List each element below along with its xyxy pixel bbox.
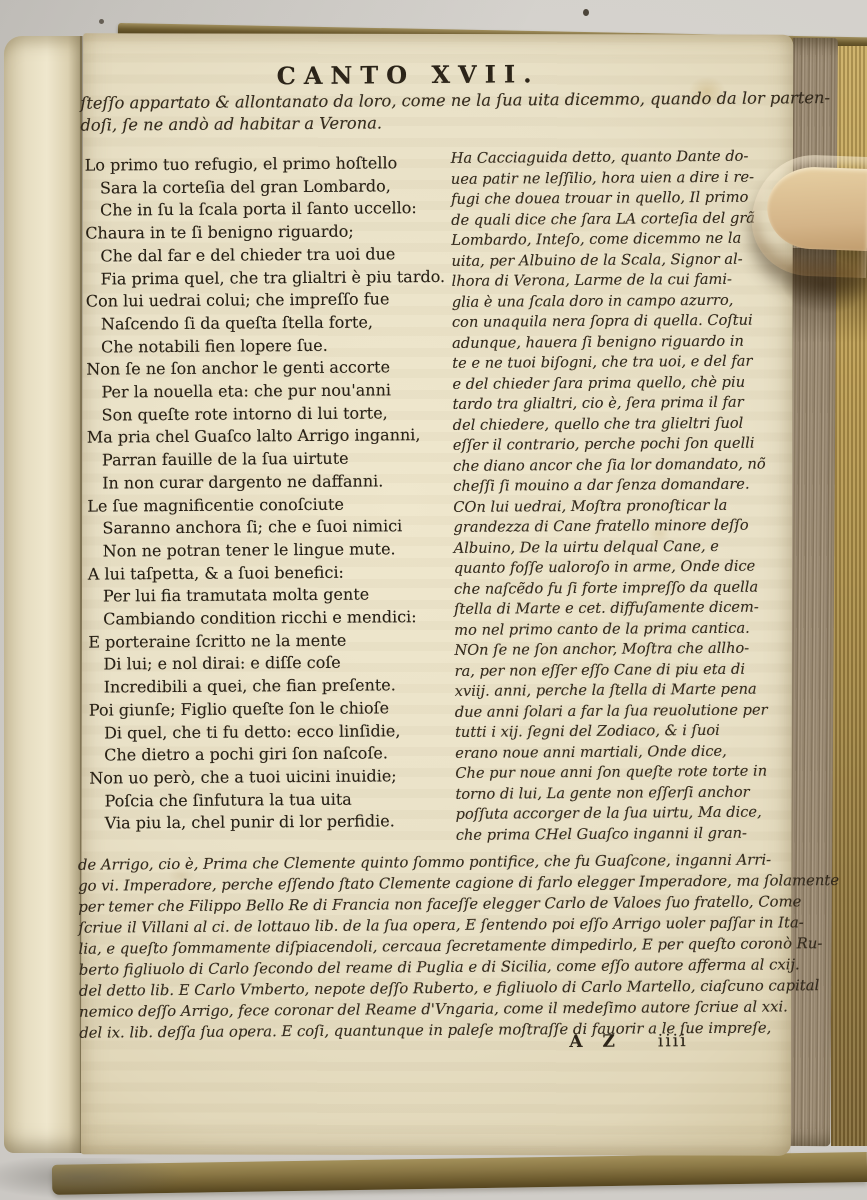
verse-line: Le ſue magnificentie conoſciute bbox=[87, 492, 459, 517]
commentary-line: con unaquila nera ſopra di quella. Coſtu… bbox=[452, 310, 786, 333]
quire-signature: A Ziiii bbox=[85, 1030, 801, 1055]
commentary-line: che prima CHel Guaſco inganni il gran- bbox=[456, 823, 790, 846]
verse-line: Ma pria chel Guaſco lalto Arrigo inganni… bbox=[87, 424, 459, 449]
commentary-line: cheſſi ſi mouino a dar ſenza domandare. bbox=[453, 474, 787, 497]
commentary-line: poſſuta accorger de la ſua uirtu, Ma dic… bbox=[456, 802, 790, 825]
commentary-line: uita, per Albuino de la Scala, Signor al… bbox=[451, 249, 785, 272]
verse-line: Poſcia che ſinfutura la tua uita bbox=[89, 788, 461, 813]
commentary-line: glia è una ſcala doro in campo azurro, bbox=[452, 290, 786, 313]
commentary-line: erano noue anni martiali, Onde dice, bbox=[455, 741, 789, 764]
commentary-line: che diano ancor che ſia lor domandato, n… bbox=[453, 454, 787, 477]
intro-line: doſi, ſe ne andò ad habitar a Verona. bbox=[80, 109, 774, 136]
verse-line: Via piu la, chel punir di lor perfidie. bbox=[90, 810, 462, 835]
commentary-line: mo nel primo canto de la prima cantica. bbox=[454, 618, 788, 641]
commentary-line: ſtella di Marte e cet. diffuſamente dice… bbox=[454, 597, 788, 620]
verse-line: Con lui uedrai colui; che impreſſo fue bbox=[86, 288, 458, 313]
verse-line: Incredibili a quei, che fian preſente. bbox=[89, 674, 461, 699]
verse-line: Chaura in te ſi benigno riguardo; bbox=[85, 220, 457, 245]
intro-paragraph: ſteſſo appartato & allontanato da loro, … bbox=[80, 87, 774, 136]
verse-line: Fia prima quel, che tra glialtri è piu t… bbox=[86, 265, 458, 290]
verse-line: Lo primo tuo refugio, el primo hoſtello bbox=[85, 152, 457, 177]
verse-line: Poi giunſe; Figlio queſte ſon le chioſe bbox=[89, 697, 461, 722]
photo-backdrop: CANTO XVII. ſteſſo appartato & allontana… bbox=[0, 0, 867, 1200]
verse-line: Son queſte rote intorno di lui torte, bbox=[87, 402, 459, 427]
commentary-line: COn lui uedrai, Moſtra pronoſticar la bbox=[453, 495, 787, 518]
verse-line: Di quel, che ti fu detto: ecco linſidie, bbox=[89, 719, 461, 744]
commentary-line: torno di lui, La gente non eſſerſi ancho… bbox=[455, 782, 789, 805]
verse-line: Sara la corteſia del gran Lombardo, bbox=[85, 175, 457, 200]
commentary-line: Che pur noue anni ſon queſte rote torte … bbox=[455, 761, 789, 784]
verse-line: Cambiando condition ricchi e mendici: bbox=[88, 606, 460, 631]
verse-line: Per la nouella eta: che pur nou'anni bbox=[86, 379, 458, 404]
verse-line: Non ne potran tener le lingue mute. bbox=[88, 538, 460, 563]
signature-number: iiii bbox=[658, 1031, 688, 1051]
verse-line: Non ſe ne ſon anchor le genti accorte bbox=[86, 356, 458, 381]
commentary-line: tardo tra glialtri, cio è, ſera prima il… bbox=[453, 392, 787, 415]
verse-line: Per lui fia tramutata molta gente bbox=[88, 583, 460, 608]
book-page: CANTO XVII. ſteſſo appartato & allontana… bbox=[81, 33, 793, 1155]
commentary-line: quanto foſſe ualoroſo in arme, Onde dice bbox=[454, 556, 788, 579]
signature-letters: A Z bbox=[569, 1032, 622, 1052]
verse-line: Saranno anchora ſi; che e ſuoi nimici bbox=[87, 515, 459, 540]
commentary-line: del chiedere, quello che tra glieltri ſu… bbox=[453, 413, 787, 436]
commentary-line: Lombardo, Inteſo, come dicemmo ne la bbox=[451, 228, 785, 251]
verse-line: Naſcendo ſi da queſta ſtella forte, bbox=[86, 311, 458, 336]
commentary-line: tutti i xij. ſegni del Zodiaco, & i ſuoi bbox=[455, 720, 789, 743]
canto-title: CANTO XVII. bbox=[78, 58, 738, 92]
commentary-line: eſſer il contrario, perche pochi ſon que… bbox=[453, 433, 787, 456]
verse-column: Lo primo tuo refugio, el primo hoſtelloS… bbox=[85, 152, 462, 836]
dust-speck bbox=[583, 9, 589, 16]
commentary-line: te e ne tuoi biſogni, che tra uoi, e del… bbox=[452, 351, 786, 374]
verse-line: Che dietro a pochi giri ſon naſcoſe. bbox=[89, 742, 461, 767]
commentary-line: fugi che douea trouar in quello, Il prim… bbox=[451, 187, 785, 210]
bottom-commentary: de Arrigo, cio è, Prima che Clemente qui… bbox=[78, 849, 801, 1043]
commentary-line: che naſcẽdo fu ſi forte impreſſo da quel… bbox=[454, 577, 788, 600]
commentary-column: Ha Cacciaguida detto, quanto Dante do-ue… bbox=[451, 146, 790, 845]
commentary-line: due anni ſolari a far la ſua reuolutione… bbox=[455, 700, 789, 723]
verse-line: Che dal far e del chieder tra uoi due bbox=[85, 243, 457, 268]
commentary-line: e del chieder ſara prima quello, chè piu bbox=[452, 372, 786, 395]
commentary-line: NOn ſe ne ſon anchor, Moſtra che allho- bbox=[454, 638, 788, 661]
verse-line: Non uo però, che a tuoi uicini inuidie; bbox=[89, 765, 461, 790]
commentary-line: grandezza di Cane fratello minore deſſo bbox=[453, 515, 787, 538]
verse-line: Che in ſu la ſcala porta il ſanto uccell… bbox=[85, 197, 457, 222]
dust-speck bbox=[99, 19, 104, 24]
verse-line: Parran fauille de la ſua uirtute bbox=[87, 447, 459, 472]
commentary-line: adunque, hauera ſi benigno riguardo in bbox=[452, 331, 786, 354]
commentary-line: lhora di Verona, Larme de la cui fami- bbox=[452, 269, 786, 292]
verse-line: E porteraine ſcritto ne la mente bbox=[88, 629, 460, 654]
verse-line: Che notabili fien lopere ſue. bbox=[86, 333, 458, 358]
commentary-line: Ha Cacciaguida detto, quanto Dante do- bbox=[451, 146, 785, 169]
facing-page-curl bbox=[4, 36, 82, 1153]
commentary-line: uea patir ne leſſilio, hora uien a dire … bbox=[451, 167, 785, 190]
commentary-line: Albuino, De la uirtu delqual Cane, e bbox=[454, 536, 788, 559]
commentary-line: ra, per non eſſer eſſo Cane di piu eta d… bbox=[455, 659, 789, 682]
verse-line: A lui taſpetta, & a ſuoi benefici: bbox=[88, 560, 460, 585]
commentary-line: xviij. anni, perche la ſtella di Marte p… bbox=[455, 679, 789, 702]
commentary-line: de quali dice che ſara LA corteſia del g… bbox=[451, 208, 785, 231]
printed-text-area: CANTO XVII. ſteſſo appartato & allontana… bbox=[78, 31, 796, 1157]
book-shadow bbox=[0, 1158, 200, 1200]
verse-line: Di lui; e nol dirai: e diſſe coſe bbox=[88, 651, 460, 676]
verse-line: In non curar dargento ne daffanni. bbox=[87, 470, 459, 495]
